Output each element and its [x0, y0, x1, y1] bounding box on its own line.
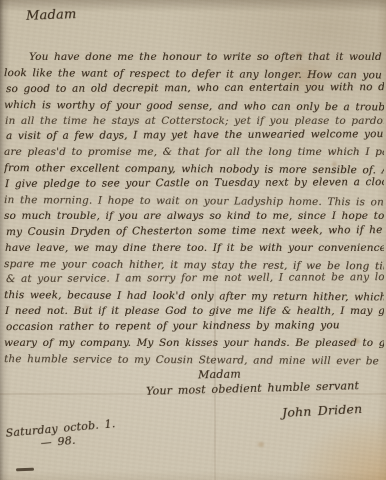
- fox-spot: [258, 442, 264, 447]
- letter-body-line: so good to an old decrepit man, who can …: [6, 80, 384, 98]
- letter-salutation: Madam: [26, 7, 77, 24]
- letter-body-line: You have done me the honour to write so …: [5, 50, 384, 66]
- letter-body: You have done me the honour to write so …: [4, 50, 384, 368]
- letter-body-line: this week, because I had look'd only aft…: [4, 288, 384, 306]
- letter-body-line: weary of my company. My Son kisses your …: [4, 336, 384, 352]
- letter-body-line: I give pledge to see your Castle on Tues…: [5, 175, 384, 193]
- letter-valediction: Madam: [198, 368, 241, 382]
- letter-body-line: in the morning. I hope to wait on your L…: [4, 193, 384, 211]
- letter-body-line: & at your service. I am sorry for me not…: [6, 270, 384, 288]
- letter-body-line: are pleas'd to promise me, & that for al…: [4, 145, 384, 161]
- letter-body-line: the humble service to my Cousin Steward,…: [4, 352, 384, 370]
- letter-body-line: occasion rather to repent of your kindne…: [6, 318, 384, 336]
- letter-body-line: have leave, we may dine there too. If it…: [5, 241, 384, 257]
- letter-body-line: my Cousin Dryden of Chesterton some time…: [6, 223, 384, 241]
- letter-body-line: a visit of a few days, I may yet have th…: [6, 127, 384, 145]
